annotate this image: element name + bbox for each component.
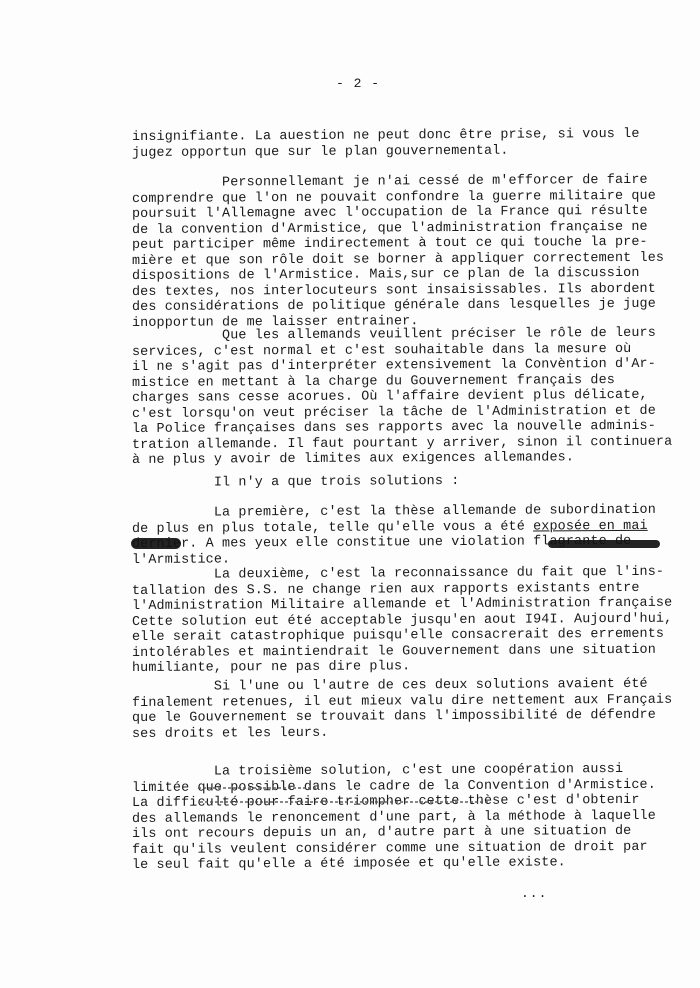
text-line: le seul fait qu'elle a été imposée et qu…	[132, 855, 700, 874]
paragraph-4: La première, c'est la thèse allemande de…	[132, 506, 700, 568]
handwritten-scribble	[198, 787, 318, 789]
text-line: Il n'y a que trois solutions :	[132, 473, 700, 492]
text-line: à ne plus y avoir de limites aux exigenc…	[132, 450, 700, 469]
paragraph-7: La troisième solution, c'est une coopéra…	[132, 765, 700, 874]
text-line: jugez opportun que sur le plan gouvernem…	[132, 142, 700, 161]
text-line: ses droits et les leurs.	[132, 723, 700, 742]
underlined-text: exposée en mai	[533, 518, 648, 534]
paragraph-2: Que les allemands veuillent préciser le …	[132, 329, 700, 469]
paragraph-0: insignifiante. La auestion ne peut donc …	[132, 130, 700, 161]
paragraph-1: Personnellemant je n'ai cessé de m'effor…	[132, 176, 700, 331]
paragraph-3: Il n'y a que trois solutions :	[132, 476, 700, 492]
redaction-mark	[548, 540, 660, 548]
document-page: - 2 - insignifiante. La auestion ne peut…	[0, 0, 700, 988]
text-line: humiliante, pour ne pas dire plus.	[132, 658, 700, 677]
redaction-mark	[131, 538, 181, 549]
paragraph-6: Si l'une ou l'autre de ces deux solution…	[132, 680, 700, 742]
page-number: - 2 -	[0, 76, 700, 91]
paragraph-5: La deuxième, c'est la reconnaissance du …	[132, 568, 700, 677]
handwritten-scribble	[200, 801, 490, 803]
continuation-mark: ...	[521, 886, 547, 901]
